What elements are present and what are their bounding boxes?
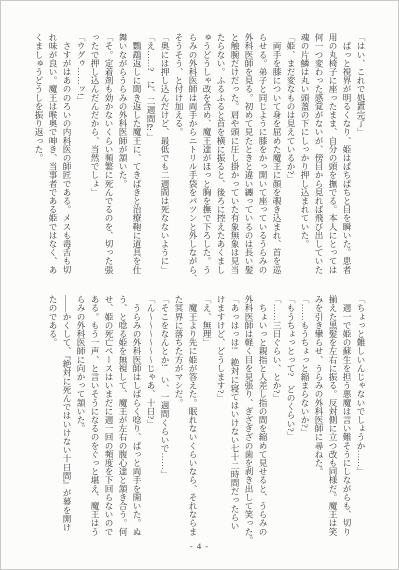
text-band-top: 「はい、これで処置完了」 ぱっと視界が明るくなり、姫はぱちぱちと目を瞬いた。患者… [30, 33, 368, 279]
text-column: せ、姫の死亡ペースはいまだに週一回の頻度を下回らないので [102, 295, 116, 541]
text-column: 「奥には押し込んだけど、最低でも二週間は死なないように」 [158, 33, 172, 279]
text-column: らみの外科医師は両手からニトリル手袋をパツンと外しながら、 [186, 33, 200, 279]
text-column: ちょいっと親指と人差し指の間を縮めて見せると、うらみの [256, 295, 270, 541]
text-column: た冥界に落ちた方がマシだ。 [172, 295, 186, 541]
text-column: 「あっはっは! 絶対に寝てはいけない七十二時間だったらい [228, 295, 242, 541]
text-column: ゅうどうしゃ改を含め、魔王達がほっと胸を撫で下ろした。う [200, 33, 214, 279]
text-column: 「ん〜〜〜〜〜〜じゃあ、十日?」 [144, 295, 158, 541]
text-column: 「そ。定着剤も効かないくらい頻繁に死んでるのを、切った張 [102, 33, 116, 279]
novel-page: 「はい、これで処置完了」 ぱっと視界が明るくなり、姫はぱちぱちと目を瞬いた。患者… [0, 0, 399, 570]
text-column: 鸚鵡返しに聞き返した魔王に、てきぱきと治療鞄に道具を仕 [130, 33, 144, 279]
text-column: らせる。弟子と同じように膝をかっ開いて座っているうらみの [256, 33, 270, 279]
text-column: けますけど、どうします?」 [214, 295, 228, 541]
text-column: 何一つ変わった感覚がないが、傍目から見れば飛び出していた [312, 33, 326, 279]
text-column: 「はい、これで処置完了」 [354, 33, 368, 279]
text-column: 「ウグゥ……ッ!」 [74, 33, 88, 279]
text-column: うらみの外科医師はしばらく唸り、ぱっと両手を開いた。ぬ [130, 295, 144, 541]
text-column: ったで押し込んだんだから、当然でしょ」 [88, 33, 102, 279]
text-column: 外科医師は軽く目を見張り、ぎざぎざの歯を剥き出して笑った。 [242, 295, 256, 541]
text-column: 外科医師を見る。初めて見たときと違い纏っているのは長い髪 [242, 33, 256, 279]
text-column: ある。もう一声、と言いそうになるのをぐっと堪え、魔王はう [88, 295, 102, 541]
text-column: 両手を膝について身を屈めた魔王に顔を覗き込まれ、首を巡 [270, 33, 284, 279]
text-column: みを引き攣らせ、うらみの外科医師に尋ねた。 [312, 295, 326, 541]
text-column: 「……もうちょっと縮まらないか?」 [298, 295, 312, 541]
text-column: 週一で姫の蘇生を担う悪魔は言い難そうにしながらも、切り [340, 295, 354, 541]
text-column: 「え……? に、二週間⁉」 [144, 33, 158, 279]
text-column: 魔王より先に姫が答えた。眠れないくらいなら、それならま [186, 295, 200, 541]
text-column: れ味が良い。魔王は喉奥で呻き、当事者である姫ではなく、あ [46, 33, 60, 279]
text-column: 揃えた黒髪を左右に振る。反対側に立つ改も同様だ。魔王は笑 [326, 295, 340, 541]
text-column: ――かくして、『絶対に死んではいけない十日間』が幕を開け [60, 295, 74, 541]
text-column: 「もうちょっとって? どのくらい?」 [284, 295, 298, 541]
text-column: う、と唸る姫を無視して、魔王が左右の腹心達と頷き合う。何 [116, 295, 130, 541]
text-column: と触腕だけだった。肩や頭に圧し掛かっていた有象無象は見当 [228, 33, 242, 279]
text-column: たのである。 [46, 295, 60, 541]
text-column: 舞いながらうらみの外科医師が頷いた。 [116, 33, 130, 279]
text-column: くましゅうどうしを振り返った。 [32, 33, 46, 279]
text-column: 「え、無理」 [200, 295, 214, 541]
text-column: 用の丸椅子に座ったまま、自分の頭を撫でる。本人にとっては [326, 33, 340, 279]
text-column: 「そこをなんとか! い、一週間くらいで……」 [158, 295, 172, 541]
text-column: ぱっと視界が明るくなり、姫はぱちぱちと目を瞬いた。患者 [340, 33, 354, 279]
text-column: 「姫、まだ変なものは見えているか?」 [284, 33, 298, 279]
text-column: たらない。ふるふると首を横に振ると、後ろに控えたあくまし [214, 33, 228, 279]
text-column: 「……三日ぐらい、とか?」 [270, 295, 284, 541]
text-column: そうそう、と付け加える。 [172, 33, 186, 279]
page-number: - 4 - [1, 541, 398, 551]
text-column: 「ちょっと難しいんじゃないでしょうか……」 [354, 295, 368, 541]
text-column: 魂の片鱗は丸い頭蓋の下にしっかり押し込まれていた。 [298, 33, 312, 279]
text-column: らみの外科医師に向かって頷いた。 [74, 295, 88, 541]
text-band-bottom: 「ちょっと難しいんじゃないでしょうか……」 週一で姫の蘇生を担う悪魔は言い難そう… [30, 295, 368, 541]
text-column: さすがはあののろいの内科医の師匠である。メスも毒舌も切 [60, 33, 74, 279]
